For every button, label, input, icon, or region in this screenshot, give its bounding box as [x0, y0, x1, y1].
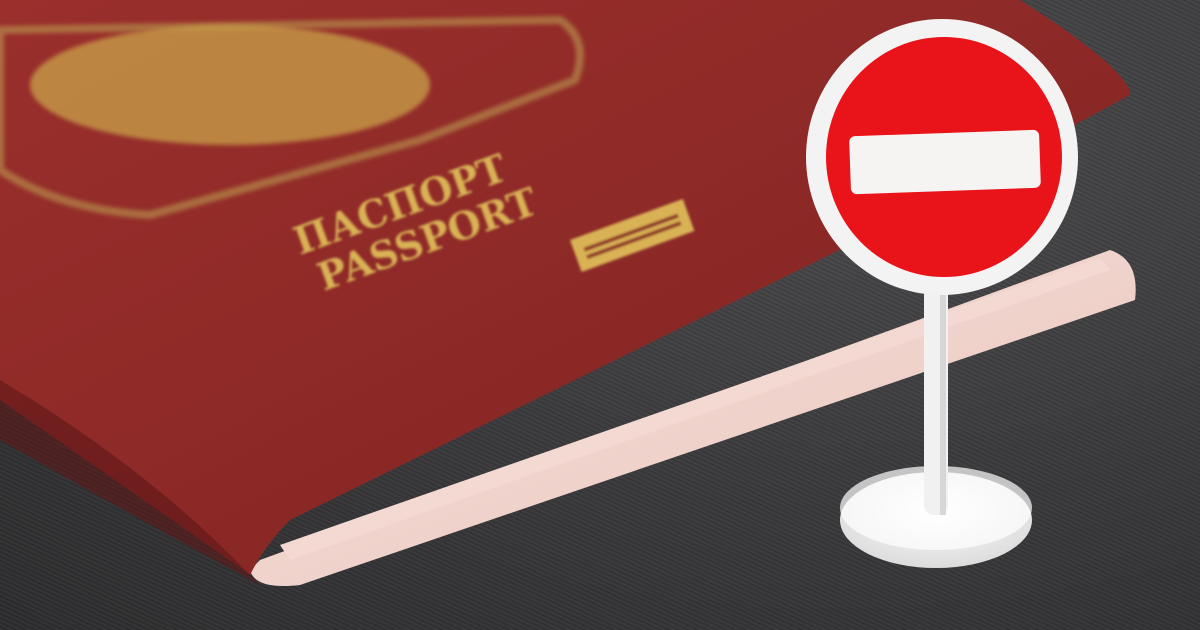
photo-illustration: ПАСПОРТ PASSPORT	[0, 0, 1200, 630]
photo-scene: ПАСПОРТ PASSPORT	[0, 0, 1200, 630]
sign-bar	[849, 130, 1041, 195]
emblem-icon	[30, 25, 430, 145]
